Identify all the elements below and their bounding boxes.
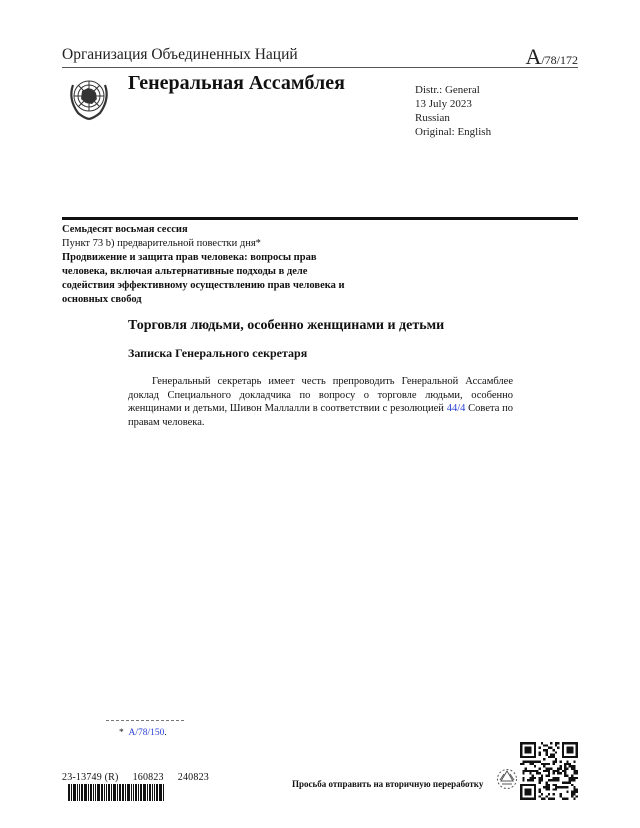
job-number-line: 23-13749 (R)160823240823 — [62, 772, 223, 783]
footnote-marker: * — [119, 728, 124, 738]
document-subtitle: Записка Генерального секретаря — [128, 346, 307, 361]
agenda-item: Пункт 73 b) предварительной повестки дня… — [62, 237, 362, 251]
session-rule — [62, 217, 578, 220]
barcode-icon — [68, 784, 176, 801]
un-emblem-icon — [64, 73, 114, 123]
job-number: 23-13749 (R) — [62, 772, 119, 783]
qr-code-icon — [520, 742, 578, 800]
symbol-number: /78/172 — [541, 53, 578, 67]
resolution-link[interactable]: 44/4 — [447, 403, 466, 414]
original-language-line: Original: English — [415, 125, 491, 139]
recycle-icon — [496, 768, 518, 790]
recycle-text: Просьба отправить на вторичную переработ… — [292, 779, 483, 789]
document-title: Торговля людьми, особенно женщинами и де… — [128, 318, 444, 334]
distribution-line: Distr.: General — [415, 83, 491, 97]
session-name: Семьдесят восьмая сессия — [62, 223, 362, 237]
agenda-title: Продвижение и защита прав человека: вопр… — [62, 251, 362, 307]
assembly-title: Генеральная Ассамблея — [128, 72, 345, 95]
organization-name: Организация Объединенных Наций — [62, 46, 298, 64]
footnote-rule — [106, 720, 184, 721]
footnote-suffix: . — [164, 728, 166, 738]
date-printed: 240823 — [178, 772, 209, 783]
footnote: * A/78/150. — [119, 728, 167, 738]
symbol-letter: A — [525, 44, 541, 69]
date-line: 13 July 2023 — [415, 97, 491, 111]
body-paragraph: Генеральный секретарь имеет честь препро… — [128, 375, 513, 429]
session-block: Семьдесят восьмая сессия Пункт 73 b) пре… — [62, 223, 362, 307]
date-issued: 160823 — [133, 772, 164, 783]
distribution-info: Distr.: General 13 July 2023 Russian Ori… — [415, 83, 491, 139]
footnote-link[interactable]: A/78/150 — [129, 728, 165, 738]
language-line: Russian — [415, 111, 491, 125]
header-rule — [62, 67, 578, 68]
